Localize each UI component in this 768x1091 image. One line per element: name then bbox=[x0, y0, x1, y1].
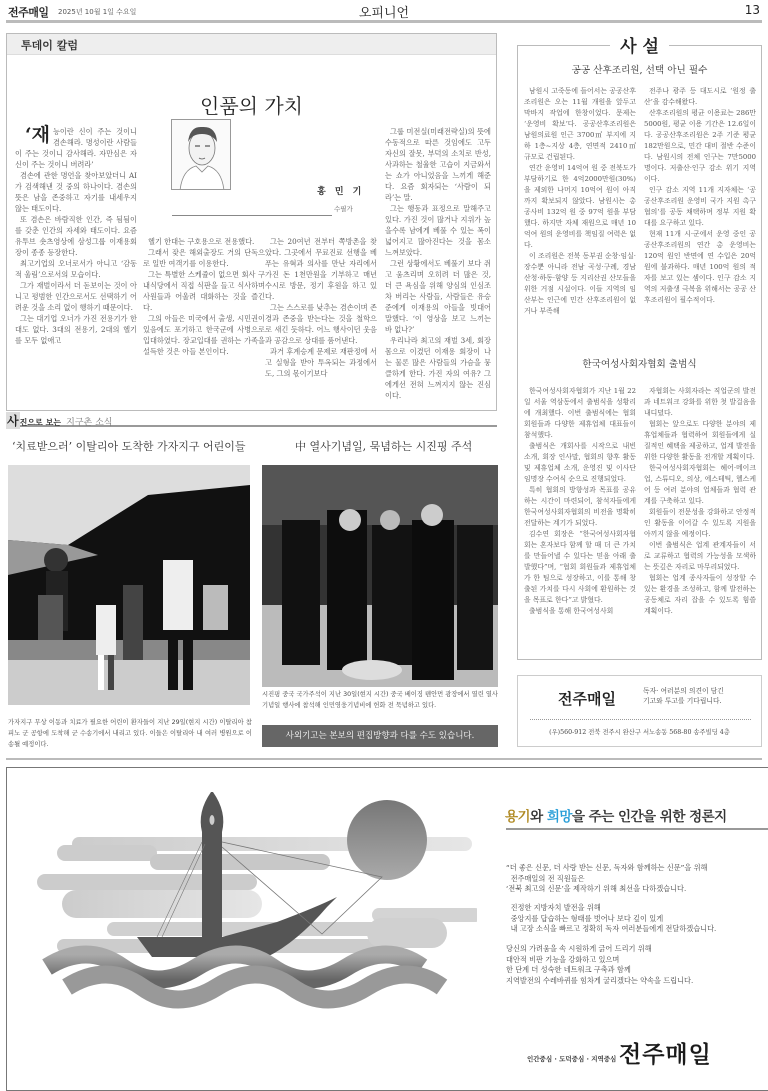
dotted-divider bbox=[530, 719, 751, 720]
paragraph: 그룹 미전실(미래전략실)의 뜻에 수동적으로 따른 것임에도 고두 자신의 잘… bbox=[385, 126, 491, 203]
paragraph: 한국여성사회자협회가 지난 1월 22일 서울 역삼동에서 출범식을 성황리에 … bbox=[524, 386, 636, 441]
paragraph: 이 조리원은 전북 동부권 순창·임실·장수뿐 아니라 전남 곡성·구례, 경남… bbox=[524, 251, 636, 317]
paragraph: 그는 20여년 전부터 쪽방촌을 찾았다. 그곳에서 무료진료 선행을 베푸는 … bbox=[265, 236, 377, 302]
paragraph: 그래서 잦은 해외출장도 거의 단독으로 일반 여객기를 이용한다. bbox=[143, 247, 265, 269]
article2-title: 한국여성사회자협회 출범식 bbox=[518, 356, 761, 370]
paragraph: 그는 대기업 오너가 가진 전용기가 한대도 없다. 3대의 전용기, 2대의 … bbox=[15, 313, 137, 346]
ad-slogan: 용기와 희망을 주는 인간을 위한 정론지 bbox=[505, 805, 727, 825]
masthead: 전주매일 2025년 10월 1일 수요일 오피니언 13 bbox=[6, 0, 762, 22]
paragraph: 특히 협회의 방향성과 목표를 공유하는 시간이 마련되어, 참석자들에게 한국… bbox=[524, 485, 636, 529]
paragraph: 또 겸손은 바람직한 인간, 즉 됨됨이를 갖춘 인간의 자세와 태도이다. 요… bbox=[15, 214, 137, 258]
today-column: 투데이 칼럼 인품의 가치 ‘재 능이란 신이 주는 것이니 겸손해라. 명성이… bbox=[6, 33, 497, 411]
editorial-col2: 전주나 광주 등 대도시로 ‘원정 출산’을 감수해왔다. 산후조리원의 평균 … bbox=[644, 86, 756, 306]
paragraph: 출범식은 개회사를 시작으로 내빈 소개, 회장 인사말, 협회의 향후 활동 … bbox=[524, 441, 636, 485]
paragraph: 그런 상황에서도 베풀기 보다 쥐고 움츠리며 오히려 더 많은 것, 더 큰 … bbox=[385, 258, 491, 335]
article2-col2: 자협회는 사회자라는 직업군의 발전과 네트워크 강화를 위한 첫 발걸음을 내… bbox=[644, 386, 756, 617]
paragraph: 그는 스스로를 낮추는 겸손이며 존경과 존중을 받는다는 것을 철학으로 새긴… bbox=[265, 302, 377, 346]
paragraph: 그가 재벌이라서 더 돋보이는 것이 아니고 평범한 인간으로서도 선택하기 어… bbox=[15, 280, 137, 313]
paragraph: 남원시 고죽동에 들어서는 공공산후조리원은 오는 11월 개원을 앞두고 막바… bbox=[524, 86, 636, 163]
photo-title-2: 中 열사기념일, 묵념하는 시진핑 주석 bbox=[295, 438, 472, 454]
paragraph: 겸손에 관한 명언을 찾아보았더니 AI가 검색해낸 것 중의 하나이다. 겸손… bbox=[15, 170, 137, 214]
ad-paragraph-3: 당신의 가려움을 속 시원하게 긁어 드리기 위해 대안적 비판 기능을 강화하… bbox=[506, 944, 693, 986]
byline-divider bbox=[172, 215, 332, 216]
paragraph: 출범식을 통해 한국여성사회 bbox=[524, 606, 636, 617]
article2-col1: 한국여성사회자협회가 지난 1월 22일 서울 역삼동에서 출범식을 성황리에 … bbox=[524, 386, 636, 617]
editorial-disclaimer: 사외기고는 본보의 편집방향과 다를 수도 있습니다. bbox=[262, 725, 498, 747]
author-name: 홍 민 기 bbox=[317, 184, 364, 197]
paragraph: 그는 특별한 스케쥴이 없으면 회사 구내식당에서 직접 식판을 들고 식사하며… bbox=[143, 269, 265, 313]
paragraph: 협회는 앞으로도 다양한 분야의 제휴업체들과 협력하여 회원들에게 실질적인 … bbox=[644, 419, 756, 463]
dropcap: ‘재 bbox=[15, 126, 50, 144]
author-portrait bbox=[171, 119, 231, 190]
column-text-col4: 그룹 미전실(미래전략실)의 뜻에 수동적으로 따른 것임에도 고두 자신의 잘… bbox=[385, 126, 491, 401]
paragraph: 최고기업의 오너로서가 아니고 ‘감동적 울림’으로서의 모습이다. bbox=[15, 258, 137, 280]
section-title: 오피니언 bbox=[6, 2, 762, 21]
paragraph: 그는 행동과 표정으로 말해주고 있다. 가진 것이 많거나 지위가 높을수록 … bbox=[385, 203, 491, 258]
memorial-ceremony-image bbox=[262, 465, 498, 687]
column-text-col3: 그는 20여년 전부터 쪽방촌을 찾았다. 그곳에서 무료진료 선행을 베푸는 … bbox=[265, 236, 377, 379]
paragraph: 전주나 광주 등 대도시로 ‘원정 출산’을 감수해왔다. bbox=[644, 86, 756, 108]
house-advertisement: 용기와 희망을 주는 인간을 위한 정론지 “더 좋은 신문, 더 사랑 받는 … bbox=[6, 767, 768, 1091]
airport-scene-image bbox=[8, 465, 250, 705]
ad-footer-logo: 전주매일 bbox=[619, 1036, 712, 1069]
photo-caption-1: 가자지구 무상 이동과 치료가 필요한 어린이 환자들이 지난 29일(현지 시… bbox=[8, 717, 252, 750]
paragraph: 과거 후계승계 문제로 재판정에 서고 실형을 받아 투옥되는 과정에서도, 그… bbox=[265, 346, 377, 379]
portrait-sketch-icon bbox=[172, 120, 231, 190]
header-text-light: 지구촌 소식 bbox=[66, 418, 112, 428]
paragraph: 우리나라 최고의 재벌 3세, 회장 몸으로 이겼던 이재용 회장이 나는 물론… bbox=[385, 335, 491, 401]
ad-footer-tagline: 인간중심 · 도덕중심 · 지역중심 bbox=[527, 1054, 616, 1063]
pen-ship-illustration bbox=[27, 782, 477, 1032]
contribution-box: 전주매일 독자· 여러분의 의견이 담긴 기고와 투고를 기다립니다. (우)5… bbox=[517, 675, 762, 747]
paragraph: 인구 감소 지역 11개 지자체는 ‘공공산후조리원 운영비 국가 지원 촉구 … bbox=[644, 185, 756, 229]
header-text: 진으로 보는 bbox=[20, 418, 61, 427]
paragraph: 헬기 한대는 구호용으로 전용했다. bbox=[143, 236, 265, 247]
column-text-col2: 헬기 한대는 구호용으로 전용했다. 그래서 잦은 해외출장도 거의 단독으로 … bbox=[143, 236, 265, 357]
editorial-label: 사 설 bbox=[518, 32, 761, 57]
paragraph: 김수연 회장은 “한국여성사회자협회는 혼자보다 함께 할 때 더 큰 가치를 … bbox=[524, 529, 636, 606]
section-divider bbox=[6, 758, 762, 760]
contribution-message: 독자· 여러분의 의견이 담긴 기고와 투고를 기다립니다. bbox=[643, 686, 724, 706]
editorial-box: 사 설 공공 산후조리원, 선택 아닌 필수 남원시 고죽동에 들어서는 공공산… bbox=[517, 45, 762, 660]
paragraph: 한국여성사회자협회는 헤어·메이크업, 스튜디오, 의상, 에스테틱, 헬스케어… bbox=[644, 463, 756, 507]
contribution-address: (우)560-912 전북 전주시 완산구 서노송동 568-80 송주빌딩 4… bbox=[518, 727, 761, 736]
photo-caption-2: 시진핑 중국 국가주석이 지난 30일(현지 시간) 중국 베이징 톈안먼 광장… bbox=[262, 689, 498, 711]
slogan-divider bbox=[506, 828, 768, 830]
ad-paragraph-1: “더 좋은 신문, 더 사랑 받는 신문, 독자와 함께하는 신문”을 위해 전… bbox=[506, 863, 708, 895]
paragraph: 자협회는 사회자라는 직업군의 발전과 네트워크 강화를 위한 첫 발걸음을 내… bbox=[644, 386, 756, 419]
masthead-divider bbox=[6, 20, 762, 23]
paragraph: 이번 출범식은 업계 관계자들이 서로 교류하고 협력의 가능성을 모색하는 뜻… bbox=[644, 540, 756, 573]
paragraph: 현재 11개 시·군에서 운영 중인 공공산후조리원의 연간 총 운영비는 12… bbox=[644, 229, 756, 306]
page-number: 13 bbox=[745, 3, 760, 17]
editorial-title: 공공 산후조리원, 선택 아닌 필수 bbox=[518, 62, 761, 76]
column-title: 인품의 가치 bbox=[7, 90, 496, 119]
paragraph: 그의 아들은 미국에서 출생, 시민권이 있음에도 포기하고 한국군에 사병으로… bbox=[143, 313, 265, 357]
photo-xi-jinping bbox=[262, 465, 498, 687]
author-role: 수필가 bbox=[334, 204, 353, 213]
ad-paragraph-2: 진정한 지방자치 발전을 위해 중앙지를 답습하는 형태를 벗어나 보다 깊이 … bbox=[506, 903, 716, 935]
photo-news-header: 사진으로 보는 지구촌 소식 bbox=[6, 410, 497, 427]
column-label: 투데이 칼럼 bbox=[7, 34, 496, 55]
contribution-logo: 전주매일 bbox=[558, 688, 616, 709]
paragraph: 회원들이 전문성을 강화하고 안정적인 활동을 이어갈 수 있도록 지원을 아끼… bbox=[644, 507, 756, 540]
photo-gaza-children bbox=[8, 465, 250, 705]
column-text-col1: ‘재 능이란 신이 주는 것이니 겸손해라. 명성이란 사람들이 주는 것이니 … bbox=[15, 126, 137, 346]
header-initial: 사 bbox=[6, 412, 20, 429]
photo-title-1: ‘치료받으러’ 이탈리아 도착한 가자지구 어린이들 bbox=[12, 438, 246, 454]
paragraph: 협회는 업계 종사자들이 성장할 수 있는 환경을 조성하고, 함께 발전하는 … bbox=[644, 573, 756, 617]
paragraph: 연간 운영비 14억여 원 중 전북도가 부담하기로 한 4억2000만원(30… bbox=[524, 163, 636, 251]
editorial-col1: 남원시 고죽동에 들어서는 공공산후조리원은 오는 11월 개원을 앞두고 막바… bbox=[524, 86, 636, 317]
paragraph: 산후조리원의 평균 이용료는 286만5000원, 평균 이용 기간은 12.6… bbox=[644, 108, 756, 185]
